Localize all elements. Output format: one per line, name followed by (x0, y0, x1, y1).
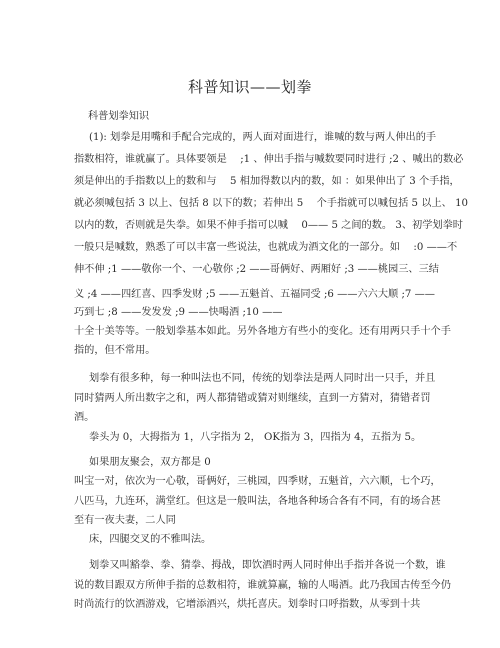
paragraph-line: 至有一夜夫妻，二人同 (74, 514, 176, 528)
paragraph-line: 床，四腿交叉的不雅叫法。 (89, 533, 211, 547)
section-heading: 科普划拳知识 (88, 110, 149, 124)
paragraph-line: 划拳又叫豁拳、拳、猜拳、拇战，即饮酒时两人同时伸出手指并各说一个数，谁 (89, 559, 446, 573)
paragraph-line: 就必须喊包括 3 以上、包括 8 以下的数；若伸出 5 个手指就可以喊包括 5 … (74, 197, 468, 211)
paragraph-line: 义 ;4 ——四红喜、四季发财 ;5 ——五魁首、五福同受 ;6 ——六六大顺 … (74, 288, 435, 302)
paragraph-line: 说的数目跟双方所伸手指的总数相符，谁就算赢，输的人喝酒。此乃我国古传至今仍 (74, 579, 451, 593)
document-title: 科普知识——划拳 (0, 76, 500, 97)
paragraph-line: 须是伸出的手指数以上的数和与 5 相加得数以内的数，如 ：如果伸出了 3 个手指… (74, 175, 460, 189)
paragraph-line: 十全十美等等。一般划拳基本如此。另外各地方有些小的变化。还有用两只手十个手 (74, 325, 451, 339)
paragraph-line: 巧到七 ;8 ——发发发 ;9 ——快喝酒 ;10 —— (74, 306, 282, 320)
paragraph-line: 如果朋友聚会，双方都是 0 (89, 456, 211, 470)
paragraph-line: 叫宝一对，依次为一心敬，哥俩好，三桃园，四季财，五魁首，六六顺，七个巧， (74, 475, 441, 489)
paragraph-line: 伸不伸 ;1 ——敬你一个、一心敬你 ;2 ——哥俩好、两厢好 ;3 ——桃园三… (74, 263, 439, 277)
paragraph-line: 指数相符，谁就赢了。具体要领是 ;1 、伸出手指与喊数要同时进行 ;2 、喊出的… (74, 153, 463, 167)
paragraph-line: 以内的数，否则就是失拳。如果不伸手指可以喊 0—— 5 之间的数。 3、初学划拳… (74, 219, 463, 233)
paragraph-line: 八匹马，九连环，满堂红。但这是一般叫法，各地各种场合各有不同，有的场合甚 (74, 495, 441, 509)
paragraph-line: 划拳有很多种，每一种叫法也不同，传统的划拳法是两人同时出一只手，并且 (89, 372, 435, 386)
paragraph-line: 酒。 (74, 411, 94, 425)
paragraph-line: (1): 划拳是用嘴和手配合完成的，两人面对面进行，谁喊的数与两人伸出的手 (89, 131, 436, 145)
paragraph-line: 拳头为 0，大拇指为 1，八字指为 2， OK指为 3，四指为 4，五指为 5。 (89, 431, 421, 445)
document-page: 科普知识——划拳 科普划拳知识 (1): 划拳是用嘴和手配合完成的，两人面对面进… (0, 0, 500, 648)
paragraph-line: 一般只是喊数，熟悉了可以丰富一些说法，也就成为酒文化的一部分。如 :0 ——不 (74, 241, 457, 255)
paragraph-line: 时尚流行的饮酒游戏，它增添酒兴，烘托喜庆。划拳时口呼指数，从零到十共 (74, 598, 420, 612)
paragraph-line: 指的，但不常用。 (74, 344, 156, 358)
paragraph-line: 同时猜两人所出数字之和，两人都猜错或猜对则继续，直到一方猜对，猜错者罚 (74, 392, 431, 406)
